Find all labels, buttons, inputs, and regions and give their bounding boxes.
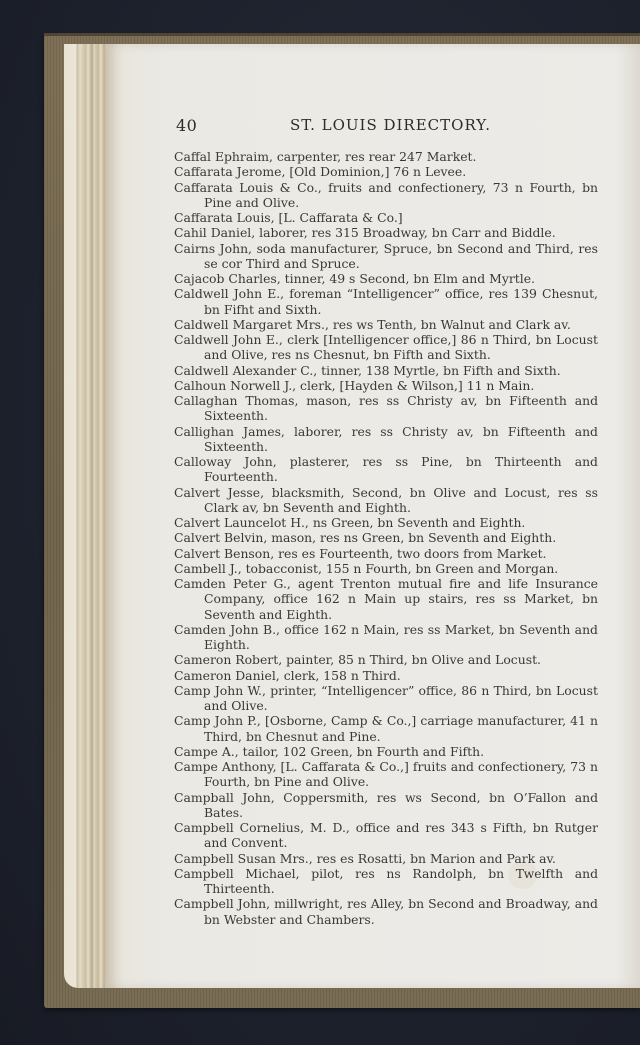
- directory-entry: Calvert Launcelot H., ns Green, bn Seven…: [174, 515, 598, 530]
- directory-entry: Calloway John, plasterer, res ss Pine, b…: [174, 454, 598, 485]
- directory-entry: Calvert Jesse, blacksmith, Second, bn Ol…: [174, 485, 598, 516]
- directory-entry: Caffal Ephraim, carpenter, res rear 247 …: [174, 149, 598, 164]
- directory-entry: Caffarata Louis & Co., fruits and confec…: [174, 180, 598, 211]
- directory-entries: Caffal Ephraim, carpenter, res rear 247 …: [174, 149, 598, 927]
- directory-entry: Caldwell John E., clerk [Intelligencer o…: [174, 332, 598, 363]
- page-stack-edges: [64, 44, 108, 988]
- directory-entry: Campbell Cornelius, M. D., office and re…: [174, 820, 598, 851]
- directory-entry: Camp John P., [Osborne, Camp & Co.,] car…: [174, 713, 598, 744]
- directory-entry: Camp John W., printer, “Intelligencer” o…: [174, 683, 598, 714]
- directory-entry: Cajacob Charles, tinner, 49 s Second, bn…: [174, 271, 598, 286]
- directory-entry: Calvert Belvin, mason, res ns Green, bn …: [174, 530, 598, 545]
- page-right-edge: [616, 44, 640, 988]
- directory-entry: Caldwell Alexander C., tinner, 138 Myrtl…: [174, 363, 598, 378]
- directory-entry: Cambell J., tobacconist, 155 n Fourth, b…: [174, 561, 598, 576]
- directory-entry: Campbell Susan Mrs., res es Rosatti, bn …: [174, 851, 598, 866]
- directory-entry: Camden Peter G., agent Trenton mutual fi…: [174, 576, 598, 622]
- directory-entry: Campe Anthony, [L. Caffarata & Co.,] fru…: [174, 759, 598, 790]
- directory-entry: Calhoun Norwell J., clerk, [Hayden & Wil…: [174, 378, 598, 393]
- directory-entry: Caffarata Jerome, [Old Dominion,] 76 n L…: [174, 164, 598, 179]
- directory-entry: Cahil Daniel, laborer, res 315 Broadway,…: [174, 225, 598, 240]
- directory-entry: Caldwell Margaret Mrs., res ws Tenth, bn…: [174, 317, 598, 332]
- directory-entry: Caffarata Louis, [L. Caffarata & Co.]: [174, 210, 598, 225]
- directory-entry: Camden John B., office 162 n Main, res s…: [174, 622, 598, 653]
- directory-entry: Campe A., tailor, 102 Green, bn Fourth a…: [174, 744, 598, 759]
- directory-entry: Campbell John, millwright, res Alley, bn…: [174, 896, 598, 927]
- directory-entry: Campball John, Coppersmith, res ws Secon…: [174, 790, 598, 821]
- directory-entry: Callighan James, laborer, res ss Christy…: [174, 424, 598, 455]
- directory-entry: Calvert Benson, res es Fourteenth, two d…: [174, 546, 598, 561]
- page-header: 40 ST. LOUIS DIRECTORY.: [176, 116, 596, 136]
- directory-entry: Callaghan Thomas, mason, res ss Christy …: [174, 393, 598, 424]
- directory-entry: Cameron Daniel, clerk, 158 n Third.: [174, 668, 598, 683]
- running-title: ST. LOUIS DIRECTORY.: [290, 116, 491, 134]
- directory-entry: Cairns John, soda manufacturer, Spruce, …: [174, 241, 598, 272]
- directory-entry: Caldwell John E., foreman “Intelligencer…: [174, 286, 598, 317]
- directory-entry: Cameron Robert, painter, 85 n Third, bn …: [174, 652, 598, 667]
- directory-entry: Campbell Michael, pilot, res ns Randolph…: [174, 866, 598, 897]
- page-number: 40: [176, 116, 197, 135]
